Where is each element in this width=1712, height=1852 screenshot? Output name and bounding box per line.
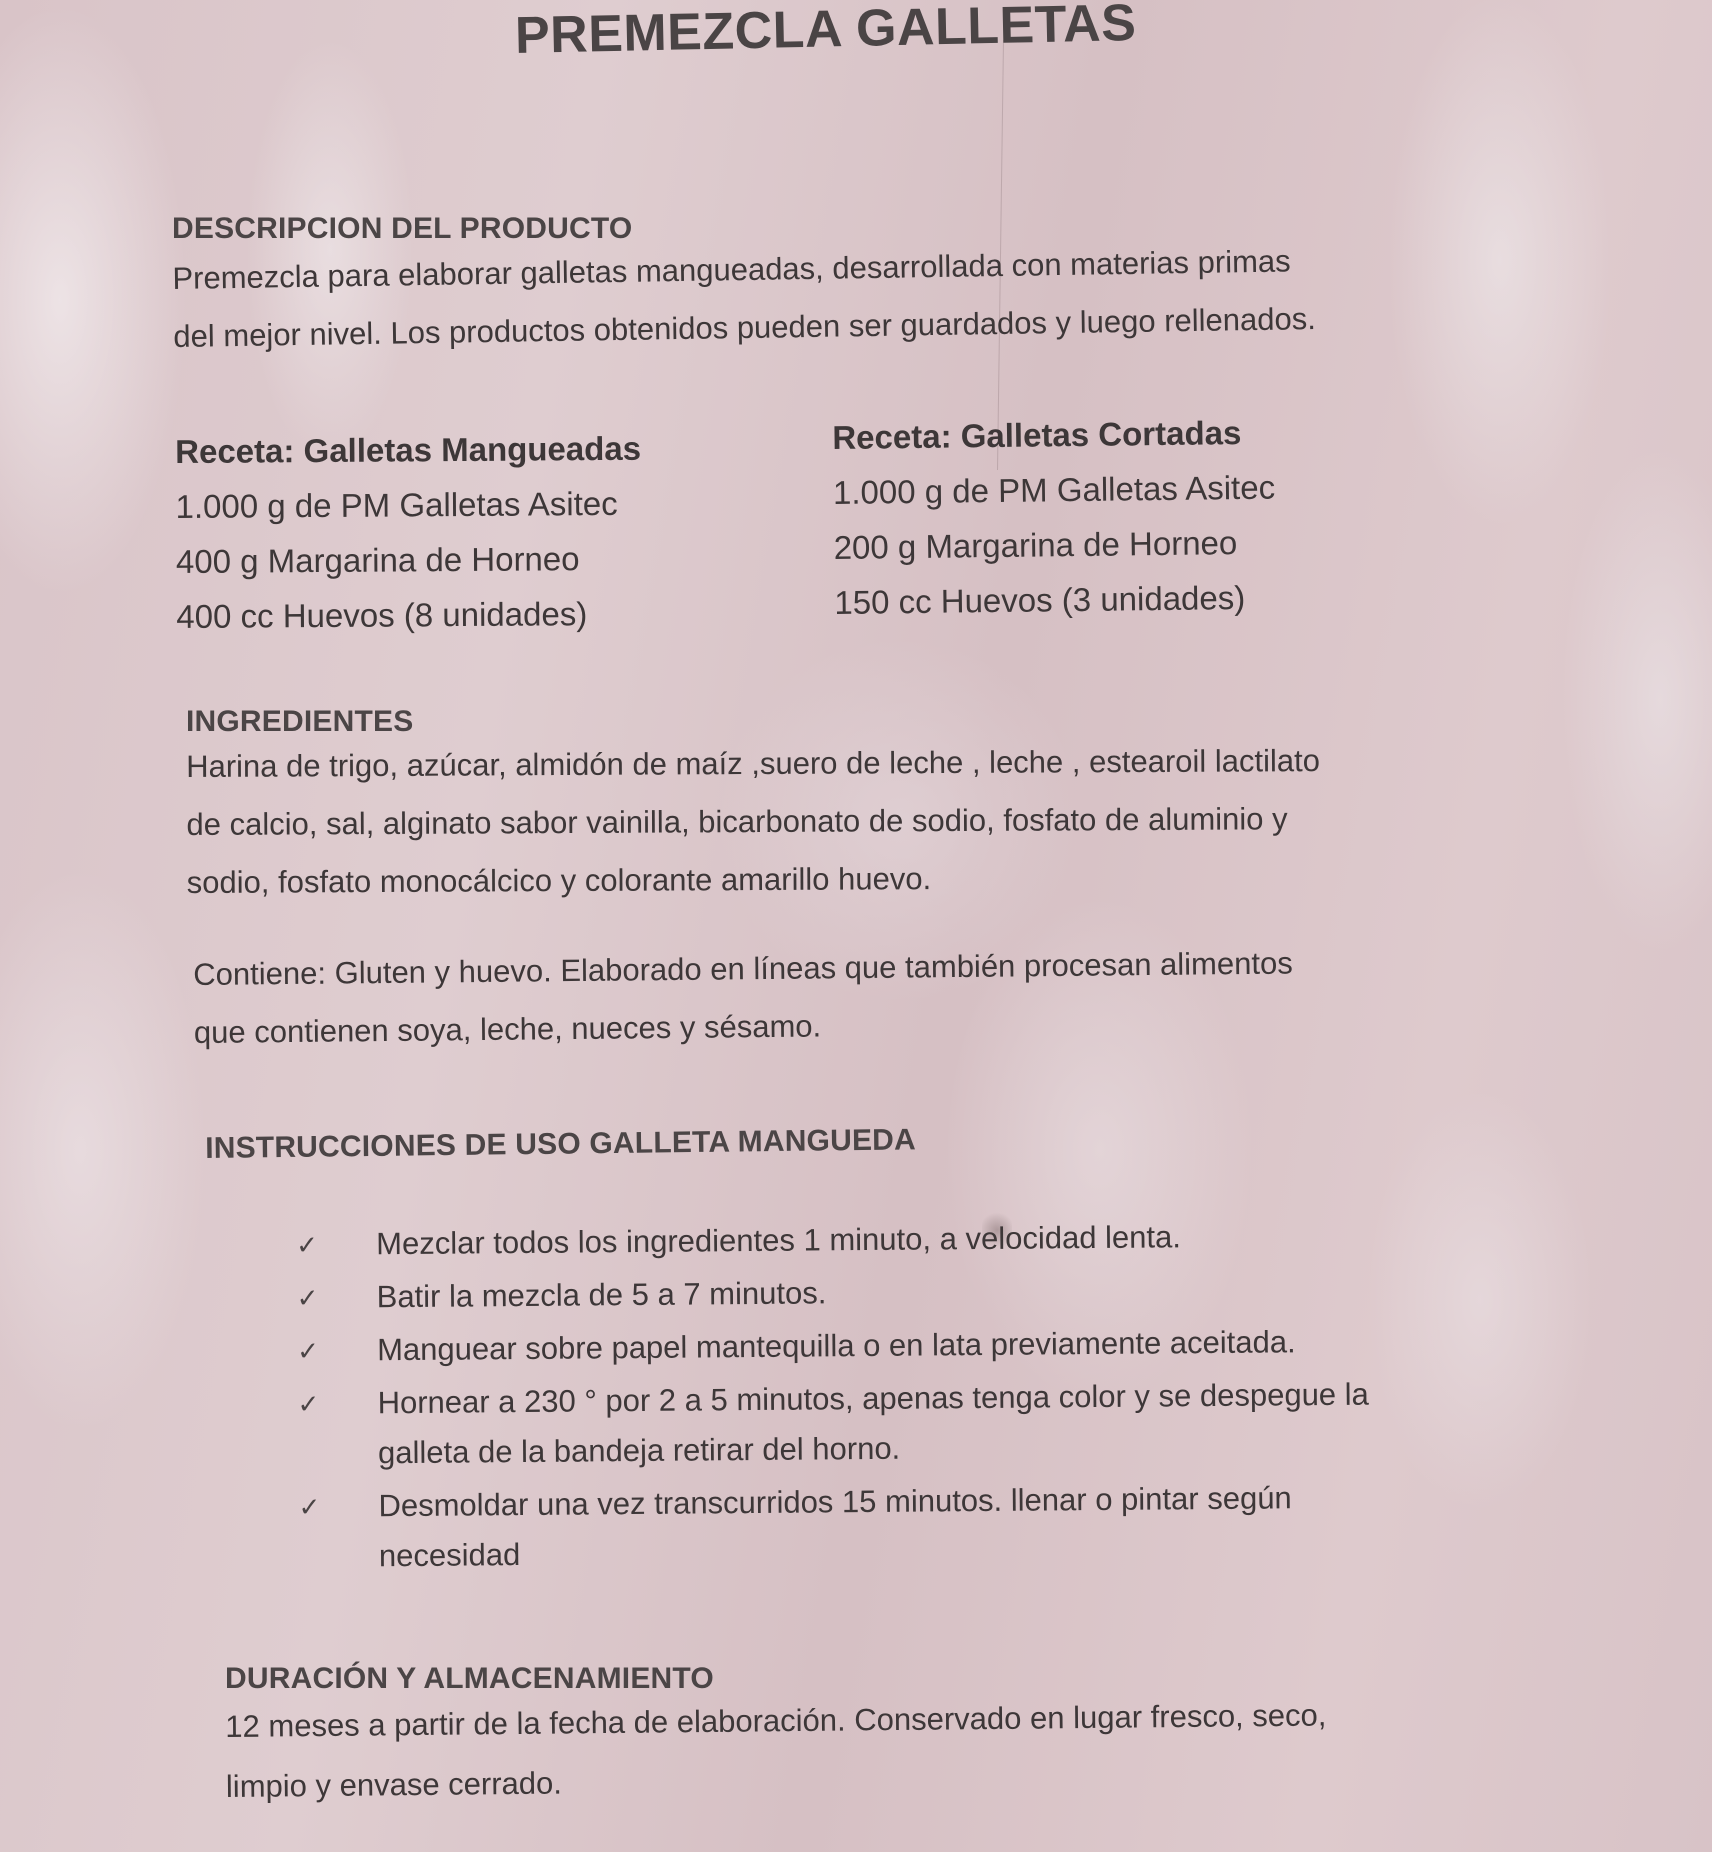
recipe-mangueadas: Receta: Galletas Mangueadas 1.000 g de P… — [175, 421, 642, 644]
recipe-item: 400 g Margarina de Horneo — [176, 531, 642, 589]
recipe-item: 200 g Margarina de Horneo — [833, 515, 1276, 575]
instructions-heading: INSTRUCCIONES DE USO GALLETA MANGUEDA — [205, 1123, 916, 1166]
instruction-step: ✓ Hornear a 230 ° por 2 a 5 minutos, ape… — [293, 1367, 1694, 1479]
ingredients-line: Harina de trigo, azúcar, almidón de maíz… — [186, 730, 1696, 796]
recipe-title: Receta: Galletas Mangueadas — [175, 421, 641, 479]
instructions-list: ✓ Mezclar todos los ingredientes 1 minut… — [292, 1208, 1695, 1585]
ingredients-heading: INGREDIENTES — [186, 705, 413, 739]
recipe-item: 400 cc Huevos (8 unidades) — [176, 586, 642, 644]
recipe-item: 1.000 g de PM Galletas Asitec — [833, 460, 1276, 520]
step-line: Batir la mezcla de 5 a 7 minutos. — [376, 1261, 1692, 1322]
ingredients-text: Harina de trigo, azúcar, almidón de maíz… — [186, 730, 1697, 912]
recipe-item: 150 cc Huevos (3 unidades) — [834, 570, 1277, 630]
check-mark-icon: ✓ — [296, 1273, 318, 1323]
product-label: PREMEZCLA GALLETAS DESCRIPCION DEL PRODU… — [0, 0, 1712, 1852]
description-text: Premezcla para elaborar galletas manguea… — [172, 226, 1694, 366]
check-mark-icon: ✓ — [298, 1482, 320, 1532]
storage-heading: DURACIÓN Y ALMACENAMIENTO — [225, 1662, 714, 1696]
check-mark-icon: ✓ — [297, 1379, 319, 1429]
step-line: galleta de la bandeja retirar del horno. — [378, 1417, 1694, 1478]
description-heading: DESCRIPCION DEL PRODUCTO — [172, 212, 632, 246]
check-mark-icon: ✓ — [297, 1326, 319, 1376]
storage-text: 12 meses a partir de la fecha de elabora… — [225, 1682, 1686, 1817]
ingredients-line: de calcio, sal, alginato sabor vainilla,… — [186, 788, 1696, 854]
recipe-cortadas: Receta: Galletas Cortadas 1.000 g de PM … — [832, 405, 1277, 630]
step-line: Manguear sobre papel mantequilla o en la… — [377, 1314, 1693, 1375]
recipe-item: 1.000 g de PM Galletas Asitec — [175, 476, 641, 534]
step-line: Mezclar todos los ingredientes 1 minuto,… — [376, 1208, 1692, 1269]
recipe-title: Receta: Galletas Cortadas — [832, 405, 1275, 465]
instruction-step: ✓ Mezclar todos los ingredientes 1 minut… — [292, 1208, 1692, 1270]
ingredients-line: sodio, fosfato monocálcico y colorante a… — [187, 846, 1697, 912]
page-title: PREMEZCLA GALLETAS — [514, 0, 1137, 66]
check-mark-icon: ✓ — [296, 1220, 318, 1270]
instruction-step: ✓ Desmoldar una vez transcurridos 15 min… — [294, 1470, 1695, 1582]
instruction-step: ✓ Manguear sobre papel mantequilla o en … — [293, 1314, 1693, 1376]
allergens-text: Contiene: Gluten y huevo. Elaborado en l… — [193, 930, 1694, 1062]
instruction-step: ✓ Batir la mezcla de 5 a 7 minutos. — [292, 1261, 1692, 1323]
